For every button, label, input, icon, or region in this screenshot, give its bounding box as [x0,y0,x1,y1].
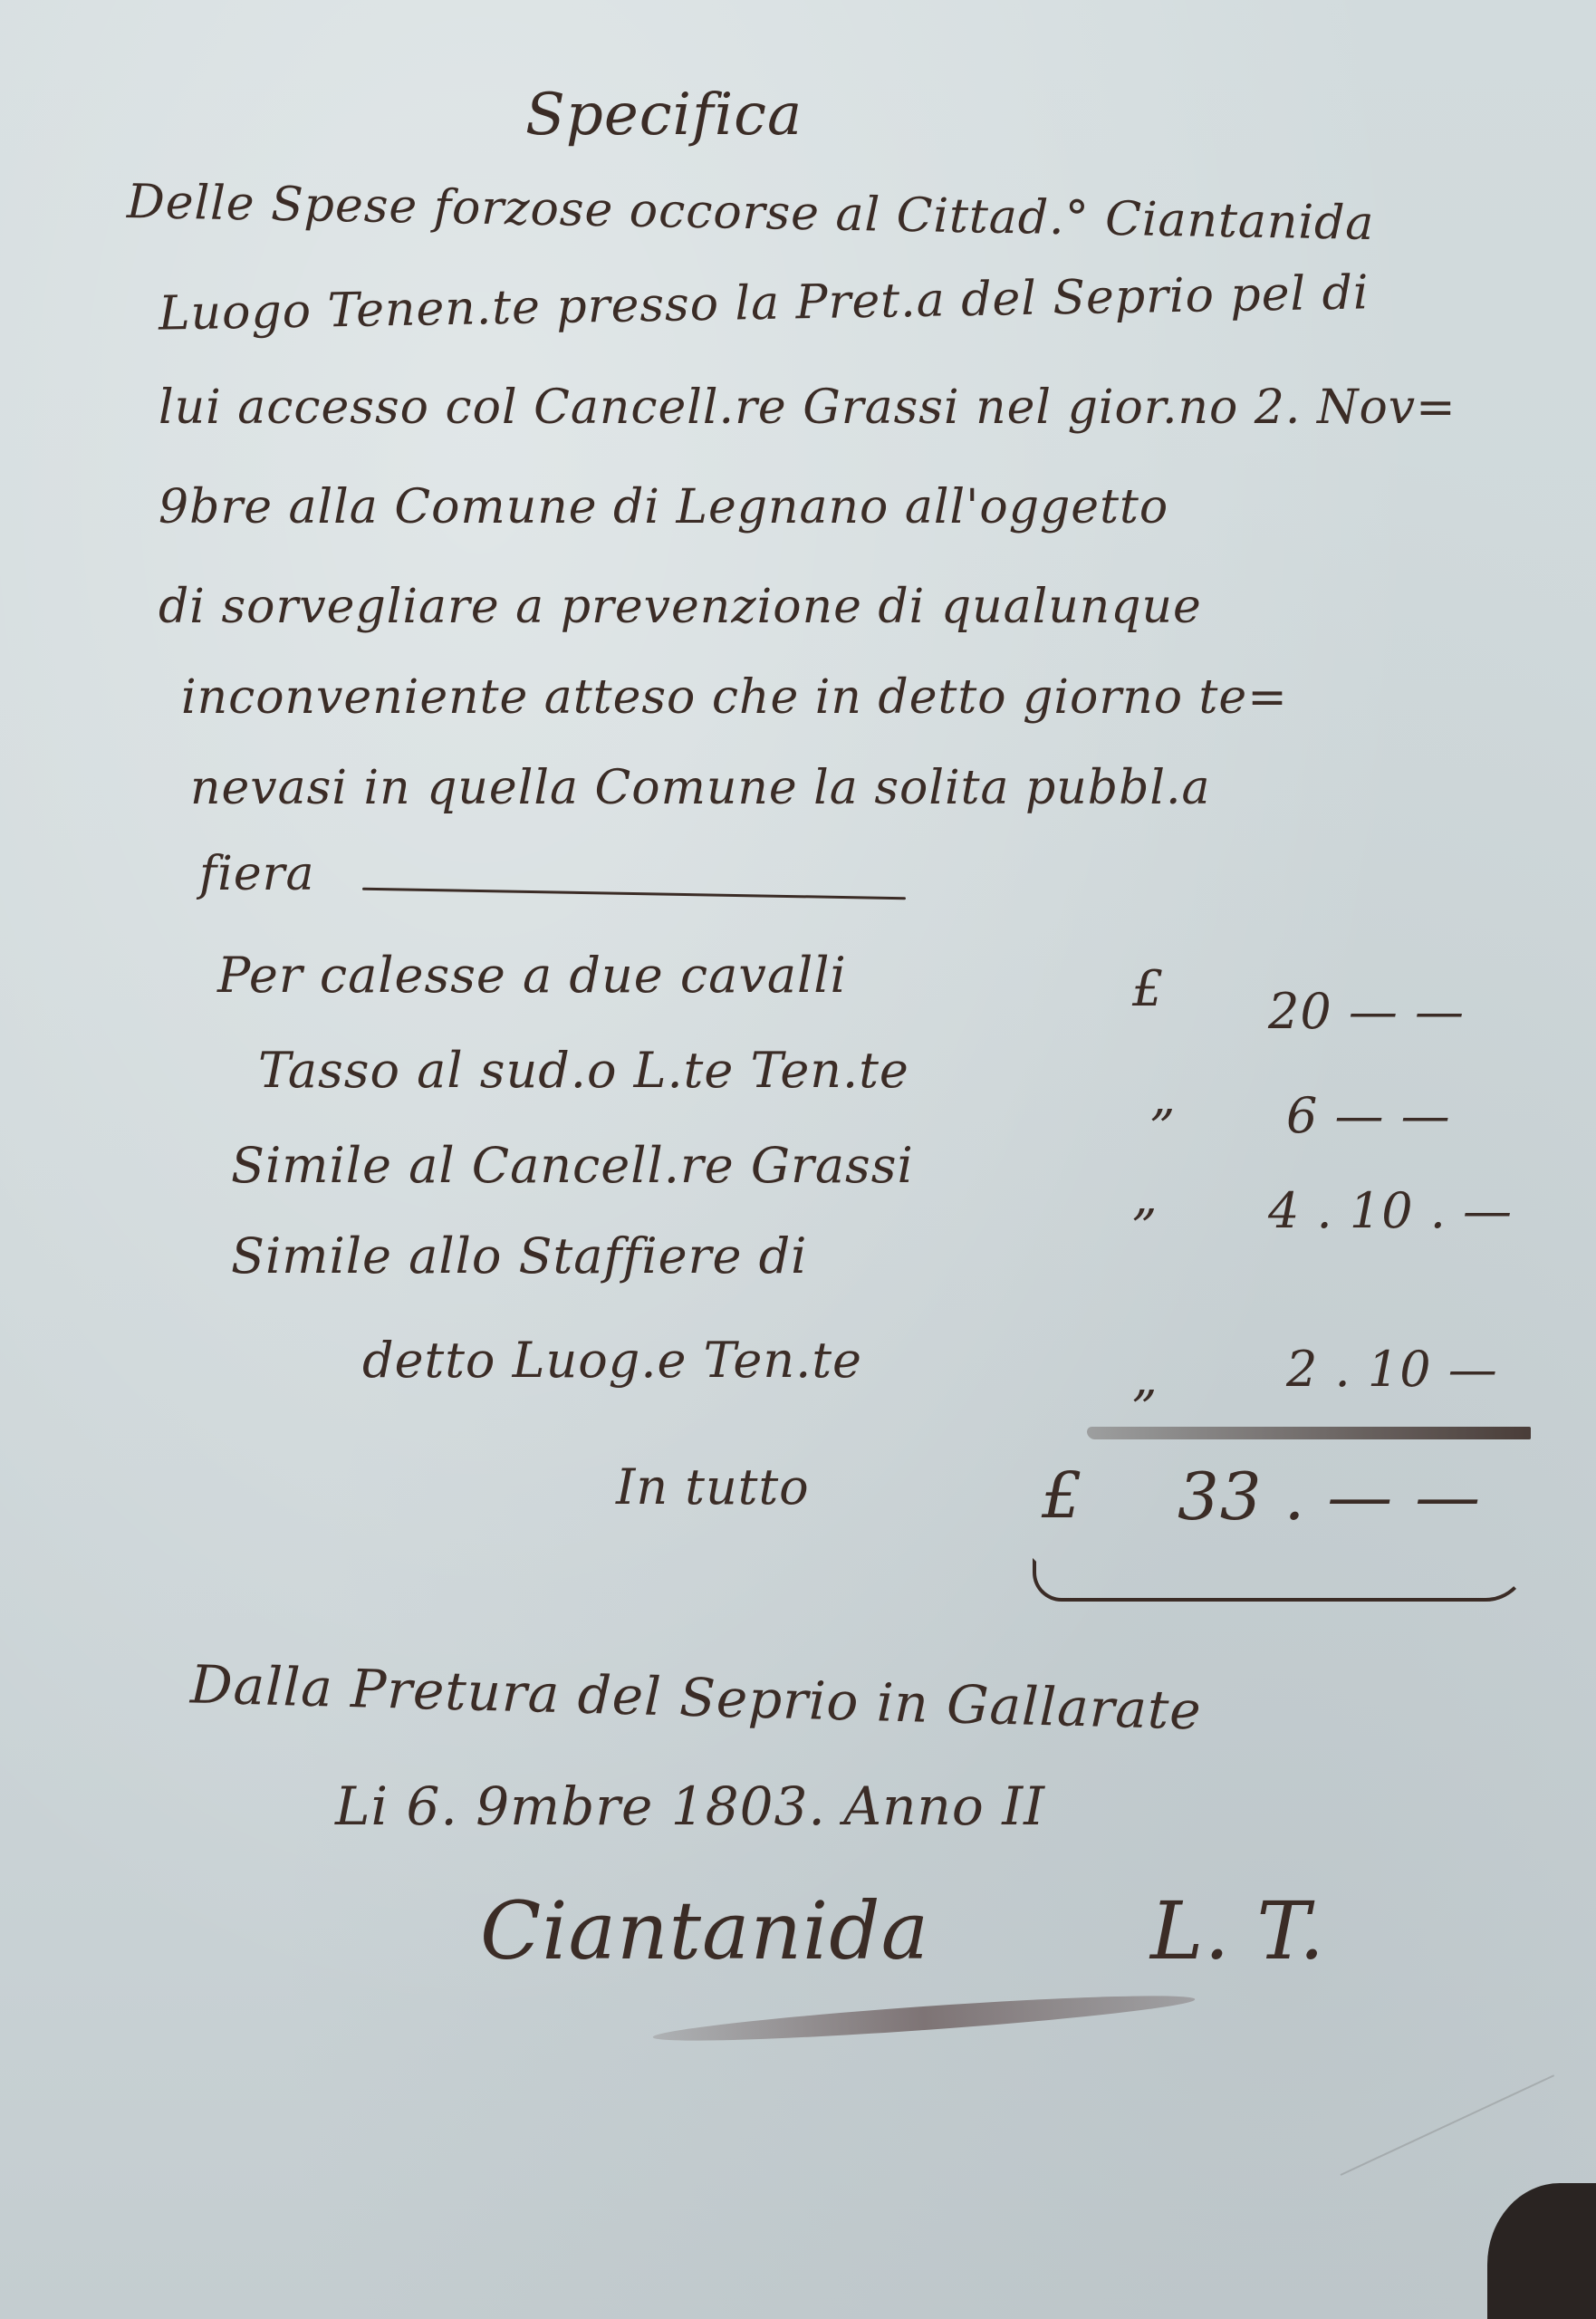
torn-corner [1487,2183,1596,2319]
preamble-line-2: Luogo Tenen.te presso la Pret.a del Sepr… [159,265,1370,341]
item-amount: 4 . 10 . — [1268,1182,1513,1239]
signature-flourish [652,1987,1196,2049]
item-currency: „ [1150,1069,1177,1126]
closing-line-2: Li 6. 9mbre 1803. Anno II [335,1775,1045,1837]
signature-title: L. T. [1150,1884,1325,1977]
item-amount: 6 — — [1286,1087,1451,1144]
item-label: Simile allo Staffiere di [231,1227,807,1285]
item-currency: „ [1132,1169,1159,1226]
item-amount: 20 — — [1268,983,1465,1040]
signature-name: Ciantanida [480,1884,929,1977]
item-amount: 2 . 10 — [1286,1341,1498,1398]
preamble-line-7: nevasi in quella Comune la solita pubbl.… [190,761,1211,815]
document-title: Specifica [525,82,803,149]
preamble-line-1: Delle Spese forzose occorse al Cittad.° … [127,175,1375,251]
item-currency: „ [1132,1350,1159,1407]
preamble-line-6: inconveniente atteso che in detto giorno… [181,670,1288,725]
total-rule [1087,1427,1531,1439]
item-currency: £ [1132,960,1164,1017]
preamble-end-rule [362,888,906,900]
preamble-line-5: di sorvegliare a prevenzione di qualunqu… [159,580,1202,634]
item-label: Tasso al sud.o L.te Ten.te [258,1042,909,1099]
total-currency: £ [1042,1458,1083,1533]
closing-line-1: Dalla Pretura del Seprio in Gallarate [189,1653,1202,1741]
item-label: Simile al Cancell.re Grassi [231,1137,914,1194]
total-amount: 33 . — — [1178,1458,1481,1535]
preamble-line-8: fiera [199,847,315,901]
total-label: In tutto [616,1458,810,1516]
item-label-continued: detto Luog.e Ten.te [362,1332,862,1389]
preamble-line-4: 9bre alla Comune di Legnano all'oggetto [159,480,1168,534]
document-page: Specifica Delle Spese forzose occorse al… [0,0,1596,2319]
preamble-line-3: lui accesso col Cancell.re Grassi nel gi… [159,380,1457,435]
paper-crease [1341,2074,1554,2176]
total-flourish [1033,1558,1529,1602]
item-label: Per calesse a due cavalli [217,947,847,1004]
